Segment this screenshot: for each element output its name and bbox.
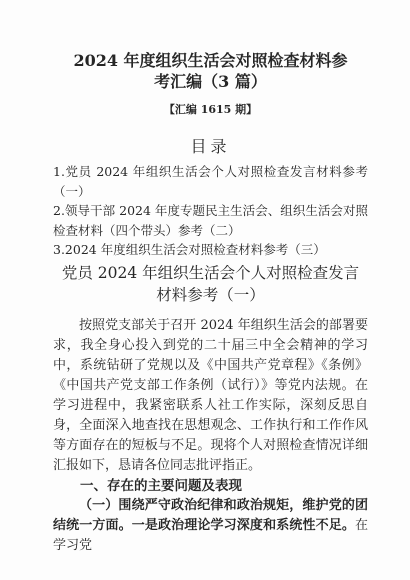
section-heading: 一、存在的主要问题及表现 [53, 476, 368, 496]
toc-heading: 目录 [53, 134, 368, 157]
issue-tag: 【汇编 1615 期】 [53, 101, 368, 117]
document-page: 2024 年度组织生活会对照检查材料参考汇编（3 篇） 【汇编 1615 期】 … [0, 0, 410, 580]
subsection-point-bold: 一是政治理论学习深度和系统性不足。 [132, 518, 355, 533]
table-of-contents: 1.党员 2024 年组织生活会个人对照检查发言材料参考（一） 2.领导干部 2… [53, 162, 368, 260]
article-title: 党员 2024 年组织生活会个人对照检查发言材料参考（一） [55, 262, 367, 306]
toc-item: 2.领导干部 2024 年度专题民主生活会、组织生活会对照检查材料（四个带头）参… [53, 201, 368, 240]
document-title: 2024 年度组织生活会对照检查材料参考汇编（3 篇） [66, 50, 356, 92]
toc-item: 3.2024 年度组织生活会对照检查材料参考（三） [53, 240, 368, 260]
toc-item: 1.党员 2024 年组织生活会个人对照检查发言材料参考（一） [53, 162, 368, 201]
subsection-paragraph: （一）围绕严守政治纪律和政治规矩，维护党的团结统一方面。一是政治理论学习深度和系… [53, 496, 368, 556]
intro-paragraph: 按照党支部关于召开 2024 年组织生活会的部署要求，我全身心投入到党的二十届三… [53, 316, 368, 476]
